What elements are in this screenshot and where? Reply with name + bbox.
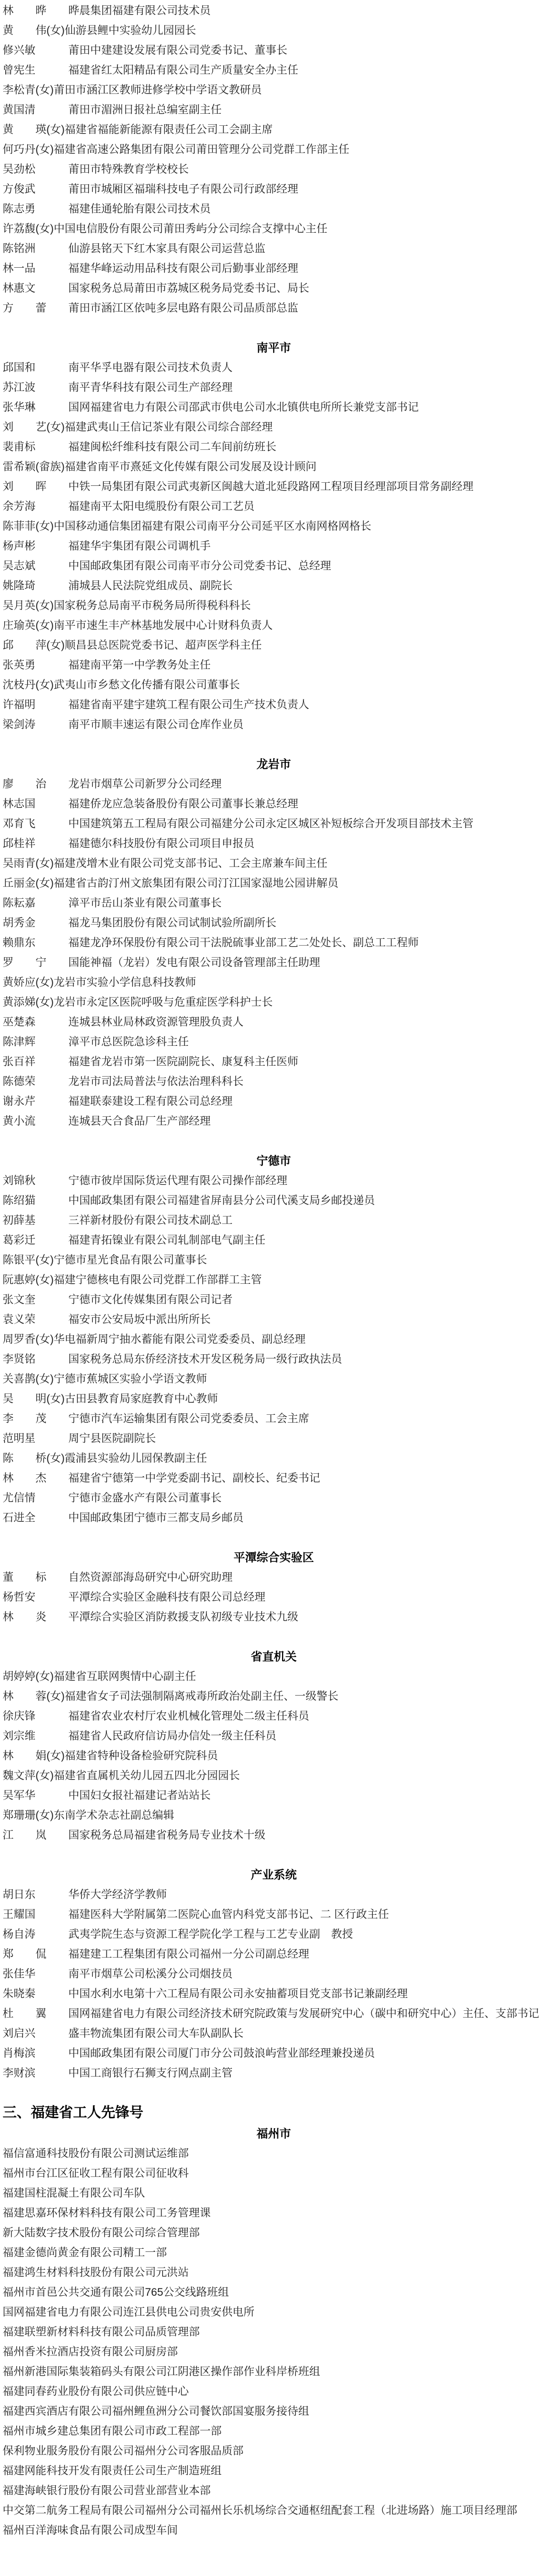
region-section: 宁德市刘锦秋 宁德市彼岸国际货运代理有限公司操作部经理陈绍猫 中国邮政集团有限公… [3, 1151, 545, 1528]
entry-row: 黄 伟(女)仙游县鲤中实验幼儿园园长 [3, 21, 545, 41]
entry-row: 林 蓉(女)福建省女子司法强制隔离戒毒所政治处副主任、一级警长 [3, 1687, 545, 1707]
entry-row: 陈菲菲(女)中国移动通信集团福建有限公司南平分公司延平区水南网格网格长 [3, 517, 545, 536]
entry-row: 肖梅滨 中国邮政集团有限公司厦门市分公司鼓浪屿营业部经理兼投递员 [3, 2044, 545, 2064]
entry-row: 郑珊珊(女)东南学术杂志社副总编辑 [3, 1806, 545, 1826]
region-section: 林 晔 晔晨集团福建有限公司技术员黄 伟(女)仙游县鲤中实验幼儿园园长修兴敏 莆… [3, 1, 545, 318]
unit-row: 福建网能科技开发有限责任公司生产制造班组 [3, 2461, 545, 2481]
entry-row: 张佳华 南平市烟草公司松溪分公司烟技员 [3, 1964, 545, 1984]
unit-row: 福建西宾酒店有限公司福州鲤鱼洲分公司餐饮部国宴服务接待组 [3, 2402, 545, 2422]
entry-row: 尤信情 宁德市金盛水产有限公司董事长 [3, 1488, 545, 1508]
entry-row: 方俊武 莆田市城厢区福瑞科技电子有限公司行政部经理 [3, 180, 545, 199]
unit-row: 新大陆数字技术股份有限公司综合管理部 [3, 2223, 545, 2243]
region-heading: 福州市 [3, 2124, 545, 2144]
entry-row: 吴雨青(女)福建茂增木业有限公司党支部书记、工会主席兼车间主任 [3, 854, 545, 874]
entry-row: 杨声彬 福建华宇集团有限公司调机手 [3, 536, 545, 556]
entry-row: 邓育飞 中国建筑第五工程局有限公司福建分公司永定区城区补短板综合开发项目部技术主… [3, 814, 545, 834]
unit-row: 保利物业服务股份有限公司福州分公司客服品质部 [3, 2441, 545, 2461]
region-heading: 平潭综合实验区 [3, 1548, 545, 1568]
entry-row: 陈德荣 龙岩市司法局普法与依法治理科科长 [3, 1072, 545, 1092]
entry-row: 张文奎 宁德市文化传媒集团有限公司记者 [3, 1290, 545, 1310]
unit-row: 福建鸿生材料科技股份有限公司元洪站 [3, 2263, 545, 2283]
entry-row: 李松青(女)莆田市涵江区教师进修学校中学语文教研员 [3, 80, 545, 100]
section-heading: 三、福建省工人先锋号 [3, 2102, 545, 2123]
unit-row: 福建思嘉环保材料科技有限公司工务管理课 [3, 2203, 545, 2223]
entry-row: 丘丽金(女)福建省古韵汀州文旅集团有限公司汀江国家湿地公园讲解员 [3, 874, 545, 893]
entry-row: 张百祥 福建省龙岩市第一医院副院长、康复科主任医师 [3, 1052, 545, 1072]
region-section: 南平市邱国和 南平华孚电器有限公司技术负责人苏江波 南平青华科技有限公司生产部经… [3, 338, 545, 735]
entry-row: 朱晓秦 中国水利水电第十六工程局有限公司永安抽蓄项目党支部书记兼副经理 [3, 1984, 545, 2004]
entry-row: 林 炎 平潭综合实验区消防救援支队初级专业技术九级 [3, 1607, 545, 1627]
entry-row: 刘 晖 中铁一局集团有限公司武夷新区闽越大道北延段路网工程项目经理部项目常务副经… [3, 477, 545, 497]
entry-row: 林 娟(女)福建省特种设备检验研究院科员 [3, 1746, 545, 1766]
entry-row: 姚隆琦 浦城县人民法院党组成员、副院长 [3, 576, 545, 596]
entry-row: 周罗香(女)华电福新周宁抽水蓄能有限公司党委委员、副总经理 [3, 1330, 545, 1350]
entry-row: 关喜鹊(女)宁德市蕉城区实验小学语文教师 [3, 1369, 545, 1389]
entry-row: 刘 艺(女)福建武夷山王信记茶业有限公司综合部经理 [3, 418, 545, 437]
region-section: 福州市福信富通科技股份有限公司测试运维部福州市台江区征收工程有限公司征收科福建国… [3, 2124, 545, 2541]
entry-row: 胡日东 华侨大学经济学教师 [3, 1885, 545, 1905]
entry-row: 王耀国 福建医科大学附属第二医院心血管内科党支部书记、二 区行政主任 [3, 1905, 545, 1925]
entry-row: 许福明 福建省南平建宇建筑工程有限公司生产技术负责人 [3, 695, 545, 715]
entry-row: 黄 瑛(女)福建省福能新能源有限责任公司工会副主席 [3, 120, 545, 140]
entry-row: 方 蕾 莆田市涵江区依吨多层电路有限公司品质部总监 [3, 299, 545, 318]
entry-row: 吴军华 中国妇女报社福建记者站站长 [3, 1786, 545, 1806]
entry-row: 林一品 福建华峰运动用品科技有限公司后勤事业部经理 [3, 259, 545, 279]
region-section: 产业系统胡日东 华侨大学经济学教师王耀国 福建医科大学附属第二医院心血管内科党支… [3, 1865, 545, 2083]
entry-row: 吴劲松 莆田市特殊教育学校校长 [3, 160, 545, 180]
region-section: 平潭综合实验区董 标 自然资源部海岛研究中心研究助理杨哲安 平潭综合实验区金融科… [3, 1548, 545, 1627]
unit-row: 福州市台江区征收工程有限公司征收科 [3, 2164, 545, 2184]
unit-row: 福州市城乡建总集团有限公司市政工程部一部 [3, 2422, 545, 2441]
entry-row: 刘锦秋 宁德市彼岸国际货运代理有限公司操作部经理 [3, 1171, 545, 1191]
unit-row: 福州百洋海味食品有限公司成型车间 [3, 2521, 545, 2541]
entry-row: 吴志斌 中国邮政集团有限公司南平市分公司党委书记、总经理 [3, 556, 545, 576]
entry-row: 沈枝丹(女)武夷山市乡愁文化传播有限公司董事长 [3, 675, 545, 695]
region-heading: 宁德市 [3, 1151, 545, 1171]
entry-row: 黄小流 连城县天合食品厂生产部经理 [3, 1112, 545, 1131]
entry-row: 廖 治 龙岩市烟草公司新罗分公司经理 [3, 774, 545, 794]
unit-row: 中交第二航务工程局有限公司福州分公司福州长乐机场综合交通枢纽配套工程（北进场路）… [3, 2501, 545, 2521]
entry-row: 陈银平(女)宁德市星光食品有限公司董事长 [3, 1250, 545, 1270]
entry-row: 林志国 福建侨龙应急装备股份有限公司董事长兼总经理 [3, 794, 545, 814]
entry-row: 林 晔 晔晨集团福建有限公司技术员 [3, 1, 545, 21]
unit-row: 福信富通科技股份有限公司测试运维部 [3, 2144, 545, 2164]
entry-row: 邱国和 南平华孚电器有限公司技术负责人 [3, 358, 545, 378]
entry-row: 余芳海 福建南平太阳电缆股份有限公司工艺员 [3, 497, 545, 517]
entry-row: 阮惠婷(女)福建宁德核电有限公司党群工作部群工主管 [3, 1270, 545, 1290]
entry-row: 巫楚森 连城县林业局林政资源管理股负责人 [3, 1012, 545, 1032]
entry-row: 罗 宁 国能神福（龙岩）发电有限公司设备管理部主任助理 [3, 953, 545, 973]
entry-row: 苏江波 南平青华科技有限公司生产部经理 [3, 378, 545, 398]
award-list-document: 林 晔 晔晨集团福建有限公司技术员黄 伟(女)仙游县鲤中实验幼儿园园长修兴敏 莆… [0, 0, 548, 2553]
entry-row: 张华琳 国网福建省电力有限公司邵武市供电公司水北镇供电所所长兼党支部书记 [3, 398, 545, 418]
entry-row: 杨哲安 平潭综合实验区金融科技有限公司总经理 [3, 1588, 545, 1607]
unit-row: 国网福建省电力有限公司连江县供电公司贵安供电所 [3, 2303, 545, 2322]
region-heading: 南平市 [3, 338, 545, 358]
region-section: 省直机关胡婷婷(女)福建省互联网舆情中心副主任林 蓉(女)福建省女子司法强制隔离… [3, 1647, 545, 1845]
entry-row: 邱桂祥 福建德尔科技股份有限公司项目申报员 [3, 834, 545, 854]
entry-row: 谢永芹 福建联泰建设工程有限公司总经理 [3, 1092, 545, 1112]
entry-row: 袁义荣 福安市公安局坂中派出所所长 [3, 1310, 545, 1330]
entry-row: 梁剑涛 南平市顺丰速运有限公司仓库作业员 [3, 715, 545, 735]
entry-row: 陈 桥(女)霞浦县实验幼儿园保教副主任 [3, 1449, 545, 1469]
unit-row: 福建金德尚黄金有限公司精工一部 [3, 2243, 545, 2263]
entry-row: 石进全 中国邮政集团宁德市三都支局乡邮员 [3, 1508, 545, 1528]
entry-row: 刘宗维 福建省人民政府信访局办信处一级主任科员 [3, 1726, 545, 1746]
entry-row: 葛彩迁 福建青拓镍业有限公司轧制部电气副主任 [3, 1231, 545, 1250]
unit-row: 福建联塑新材料科技有限公司品质管理部 [3, 2322, 545, 2342]
entry-row: 陈绍猫 中国邮政集团有限公司福建省屏南县分公司代溪支局乡邮投递员 [3, 1191, 545, 1211]
entry-row: 胡秀金 福龙马集团股份有限公司试制试验所副所长 [3, 913, 545, 933]
unit-row: 福建海峡银行股份有限公司营业部营业本部 [3, 2481, 545, 2501]
entry-row: 张英勇 福建南平第一中学教务处主任 [3, 655, 545, 675]
unit-row: 福建同春药业股份有限公司供应链中心 [3, 2382, 545, 2402]
entry-row: 陈津辉 漳平市总医院急诊科主任 [3, 1032, 545, 1052]
entry-row: 何巧丹(女)福建省高速公路集团有限公司莆田管理分公司党群工作部主任 [3, 140, 545, 160]
entry-row: 雷希颖(畲族)福建省南平市熹延文化传媒有限公司发展及设计顾问 [3, 457, 545, 477]
entry-row: 陈志勇 福建佳通轮胎有限公司技术员 [3, 199, 545, 219]
unit-row: 福州新港国际集装箱码头有限公司江阴港区操作部作业科岸桥班组 [3, 2362, 545, 2382]
region-heading: 省直机关 [3, 1647, 545, 1667]
entry-row: 陈铭洲 仙游县铭天下红木家具有限公司运营总监 [3, 239, 545, 259]
entry-row: 吴 明(女)古田县教育局家庭教育中心教师 [3, 1389, 545, 1409]
entry-row: 林惠文 国家税务总局莆田市荔城区税务局党委书记、局长 [3, 279, 545, 299]
entry-row: 修兴敏 莆田中建建设发展有限公司党委书记、董事长 [3, 41, 545, 61]
region-heading: 产业系统 [3, 1865, 545, 1885]
entry-row: 林 杰 福建省宁德第一中学党委副书记、副校长、纪委书记 [3, 1469, 545, 1488]
entry-row: 初薛基 三祥新材股份有限公司技术副总工 [3, 1211, 545, 1231]
list-root: 林 晔 晔晨集团福建有限公司技术员黄 伟(女)仙游县鲤中实验幼儿园园长修兴敏 莆… [3, 1, 545, 2541]
entry-row: 李贤铭 国家税务总局东侨经济技术开发区税务局一级行政执法员 [3, 1350, 545, 1369]
entry-row: 李 茂 宁德市汽车运输集团有限公司党委委员、工会主席 [3, 1409, 545, 1429]
entry-row: 杨自涛 武夷学院生态与资源工程学院化学工程与工艺专业副 教授 [3, 1925, 545, 1945]
entry-row: 庄瑜英(女)南平市速生丰产林基地发展中心计财科负责人 [3, 616, 545, 636]
entry-row: 曾宪生 福建省红太阳精品有限公司生产质量安全办主任 [3, 61, 545, 80]
entry-row: 赖鼎东 福建龙净环保股份有限公司干法脱硫事业部工艺二处处长、副总工工程师 [3, 933, 545, 953]
entry-row: 黄添娣(女)龙岩市永定区医院呼吸与危重症医学科护士长 [3, 993, 545, 1012]
entry-row: 徐庆锋 福建省农业农村厅农业机械化管理处二级主任科员 [3, 1707, 545, 1726]
unit-row: 福州香米拉酒店投资有限公司厨房部 [3, 2342, 545, 2362]
entry-row: 李财滨 中国工商银行石狮支行网点副主管 [3, 2064, 545, 2083]
entry-row: 黄娇应(女)龙岩市实验小学信息科技教师 [3, 973, 545, 993]
entry-row: 董 标 自然资源部海岛研究中心研究助理 [3, 1568, 545, 1588]
entry-row: 邱 萍(女)顺昌县总医院党委书记、超声医学科主任 [3, 636, 545, 655]
entry-row: 吴月英(女)国家税务总局南平市税务局所得税科科长 [3, 596, 545, 616]
entry-row: 胡婷婷(女)福建省互联网舆情中心副主任 [3, 1667, 545, 1687]
entry-row: 江 岚 国家税务总局福建省税务局专业技术十级 [3, 1826, 545, 1845]
entry-row: 裴甫标 福建闽松纤维科技有限公司二车间前纺班长 [3, 437, 545, 457]
entry-row: 杜 翼 国网福建省电力有限公司经济技术研究院政策与发展研究中心（碳中和研究中心）… [3, 2004, 545, 2024]
unit-row: 福建国柱混凝土有限公司车队 [3, 2184, 545, 2203]
entry-row: 黄国清 莆田市湄洲日报社总编室副主任 [3, 100, 545, 120]
entry-row: 魏文萍(女)福建省直属机关幼儿园五四北分园园长 [3, 1766, 545, 1786]
region-section: 龙岩市廖 治 龙岩市烟草公司新罗分公司经理林志国 福建侨龙应急装备股份有限公司董… [3, 755, 545, 1131]
entry-row: 陈耘嘉 漳平市岳山茶业有限公司董事长 [3, 893, 545, 913]
entry-row: 刘启兴 盛丰物流集团有限公司大车队副队长 [3, 2024, 545, 2044]
entry-row: 许荔馥(女)中国电信股份有限公司莆田秀屿分公司综合支撑中心主任 [3, 219, 545, 239]
entry-row: 范明星 周宁县医院副院长 [3, 1429, 545, 1449]
entry-row: 郑 侃 福建建工工程集团有限公司福州一分公司副总经理 [3, 1945, 545, 1964]
unit-row: 福州市首邑公共交通有限公司765公交线路班组 [3, 2283, 545, 2303]
region-heading: 龙岩市 [3, 755, 545, 774]
